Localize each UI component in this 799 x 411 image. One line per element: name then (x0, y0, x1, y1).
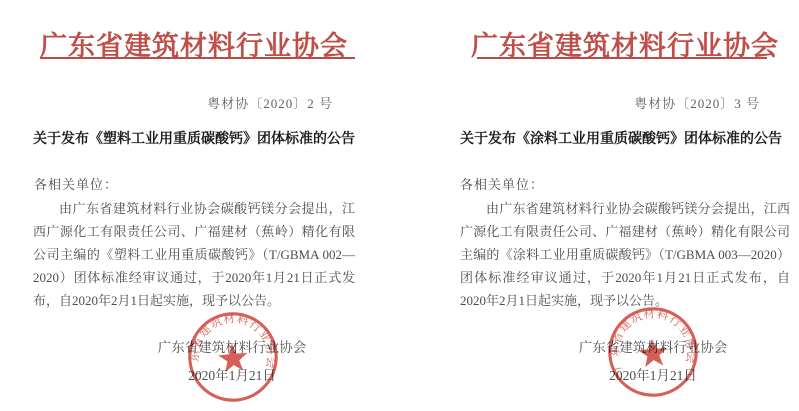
salutation: 各相关单位： (34, 174, 118, 193)
official-seal: 广东省建筑材料行业协会 (181, 305, 285, 409)
body-paragraph: 由广东省建筑材料行业协会碳酸钙镁分会提出，江西广源化工有限责任公司、广福建材（蕉… (460, 197, 790, 312)
document-number: 粤材协〔2020〕3 号 (460, 93, 760, 112)
svg-text:广东省建筑材料行业协会: 广东省建筑材料行业协会 (183, 308, 280, 378)
star-icon (217, 342, 248, 372)
seal-text: 广东省建筑材料行业协会 (183, 308, 280, 378)
announcement-document-coatings: 广东省建筑材料行业协会 粤材协〔2020〕3 号 关于发布《涂料工业用重质碳酸钙… (400, 0, 799, 411)
announcement-title: 关于发布《涂料工业用重质碳酸钙》团体标准的公告 (460, 128, 782, 148)
seal-text: 广东省建筑材料行业协会 (603, 303, 700, 373)
letterhead-rule (40, 57, 355, 59)
announcement-title: 关于发布《塑料工业用重质碳酸钙》团体标准的公告 (33, 128, 355, 148)
official-seal: 广东省建筑材料行业协会 (601, 300, 705, 404)
svg-text:广东省建筑材料行业协会: 广东省建筑材料行业协会 (603, 303, 700, 373)
star-icon (637, 337, 668, 367)
letterhead-rule (477, 57, 767, 59)
body-paragraph: 由广东省建筑材料行业协会碳酸钙镁分会提出，江西广源化工有限责任公司、广福建材（蕉… (33, 197, 355, 312)
announcement-document-plastics: 广东省建筑材料行业协会 粤材协〔2020〕2 号 关于发布《塑料工业用重质碳酸钙… (0, 0, 400, 411)
salutation: 各相关单位： (460, 174, 544, 193)
document-number: 粤材协〔2020〕2 号 (33, 93, 333, 112)
